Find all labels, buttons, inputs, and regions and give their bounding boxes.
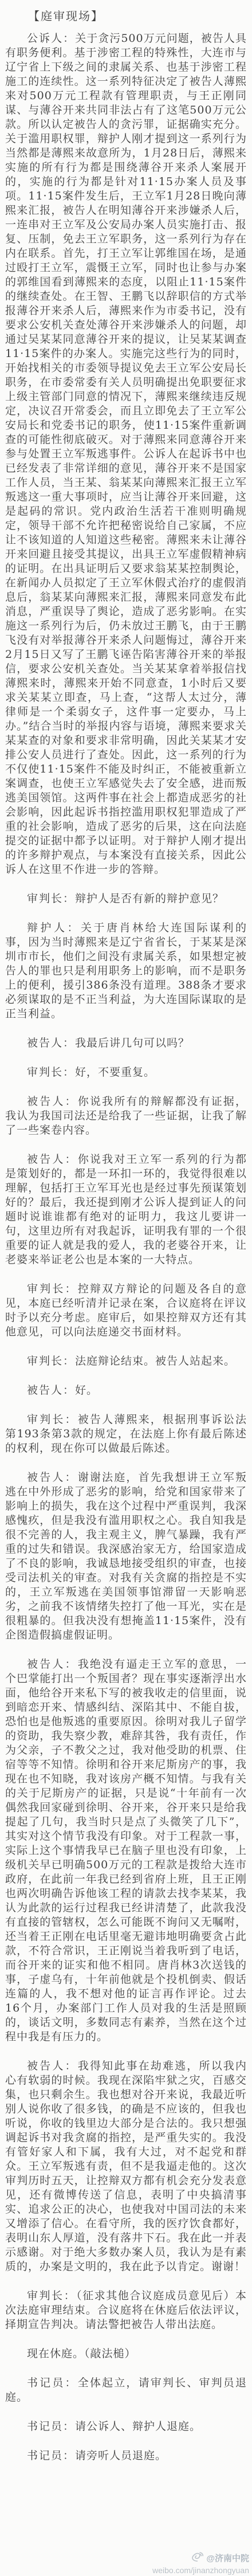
watermark-url: weibo.com/jinanzhongyuan — [152, 2566, 249, 2575]
speaker-label: 被告人： — [27, 1384, 75, 1397]
speaker-label: 审判长： — [27, 2289, 76, 2302]
dialogue-paragraph: 被告人：我最后讲几句可以吗？ — [5, 1036, 247, 1050]
dialogue-paragraph: 被告人：你说我所有的辩解都没有证据，我认为我国司法还是给我了一些证据，让我了解了… — [5, 1095, 247, 1138]
speaker-label: 书记员： — [27, 2449, 75, 2462]
watermark-row: @济南中院 — [152, 2551, 249, 2566]
speaker-label: 被告人： — [27, 1037, 75, 1049]
dialogue-paragraph: 审判长：控辩双方辩论的问题及各自的意见，本庭已经听清并记录在案，合议庭将在评议时… — [5, 1282, 247, 1339]
dialogue-paragraph: 审判长：法庭辩论结束。被告人站起来。 — [5, 1354, 247, 1369]
speaker-label: 被告人： — [27, 1658, 78, 1671]
speaker-label: 被告人： — [27, 2060, 78, 2072]
watermark-handle: @济南中院 — [206, 2554, 249, 2563]
speaker-label: 被告人： — [27, 1471, 78, 1484]
dialogue-paragraph: 辩护人：关于唐肖林给大连国际谋利的事，因为当时薄熙来是辽宁省省长，于某某是深圳市… — [5, 921, 247, 1021]
dialogue-paragraph: 审判长：好，不要重复。 — [5, 1065, 247, 1080]
speaker-label: 审判长： — [27, 892, 75, 905]
dialogue-paragraph: 被告人：好。 — [5, 1383, 247, 1398]
dialogue-paragraph: 审判长：（征求其他合议庭成员意见后）本次法庭审理结束。合议庭将在休庭后依法评议，… — [5, 2289, 247, 2332]
dialogue-container: 公诉人：关于贪污500万元问题，被告人具有职务便利。基于涉密工程的特殊性，大连市… — [5, 32, 247, 2463]
speaker-label: 被告人： — [27, 1095, 78, 1108]
dialogue-paragraph: 书记员：请公诉人、辩护人退庭。 — [5, 2420, 247, 2434]
dialogue-paragraph: 被告人：我得知此事在劫难逃，所以我内心有软弱的时候。我现在深陷牢狱之灾，百感交集… — [5, 2059, 247, 2274]
dialogue-paragraph: 审判长：辩护人是否有新的辩护意见？ — [5, 892, 247, 906]
dialogue-paragraph: 被告人：你说我对王立军一系列的行为都是策划好的，都是一环扣一环的，我觉得很难以理… — [5, 1152, 247, 1267]
speaker-label: 书记员： — [27, 2377, 78, 2389]
speaker-label: 审判长： — [27, 1413, 78, 1426]
speaker-label: 公诉人： — [27, 32, 75, 45]
dialogue-paragraph: 公诉人：关于贪污500万元问题，被告人具有职务便利。基于涉密工程的特殊性，大连市… — [5, 32, 247, 877]
speaker-label: 辩护人： — [27, 922, 81, 934]
speaker-label: 审判长： — [27, 1355, 75, 1367]
weibo-logo-icon — [191, 2551, 204, 2566]
speaker-label: 审判长： — [27, 1283, 78, 1295]
dialogue-paragraph: 被告人：我绝没有逼走王立军的意思，一个巴掌能打出一个叛国者？现在事实逐渐浮出水面… — [5, 1657, 247, 2044]
page-title: 【庭审现场】 — [5, 9, 247, 23]
dialogue-paragraph: 审判长：被告人薄熙来，根据刑事诉讼法第193条第3款的规定，在法庭上你有最后陈述… — [5, 1413, 247, 1456]
dialogue-paragraph: 被告人：谢谢法庭，首先我想讲王立军叛逃在中外形成了恶劣的影响，给党和国家带来了影… — [5, 1471, 247, 1642]
weibo-watermark: @济南中院 weibo.com/jinanzhongyuan — [152, 2551, 249, 2575]
dialogue-paragraph: 现在休庭。（敲法槌） — [5, 2347, 247, 2361]
trial-transcript-page: 【庭审现场】 公诉人：关于贪污500万元问题，被告人具有职务便利。基于涉密工程的… — [0, 0, 252, 2576]
dialogue-paragraph: 书记员：请旁听人员退庭。 — [5, 2449, 247, 2463]
speaker-label: 被告人： — [27, 1153, 78, 1166]
speaker-label: 审判长： — [27, 1066, 75, 1079]
dialogue-paragraph: 书记员：全体起立，请审判长、审判员退庭。 — [5, 2376, 247, 2405]
speaker-label: 书记员： — [27, 2420, 75, 2433]
